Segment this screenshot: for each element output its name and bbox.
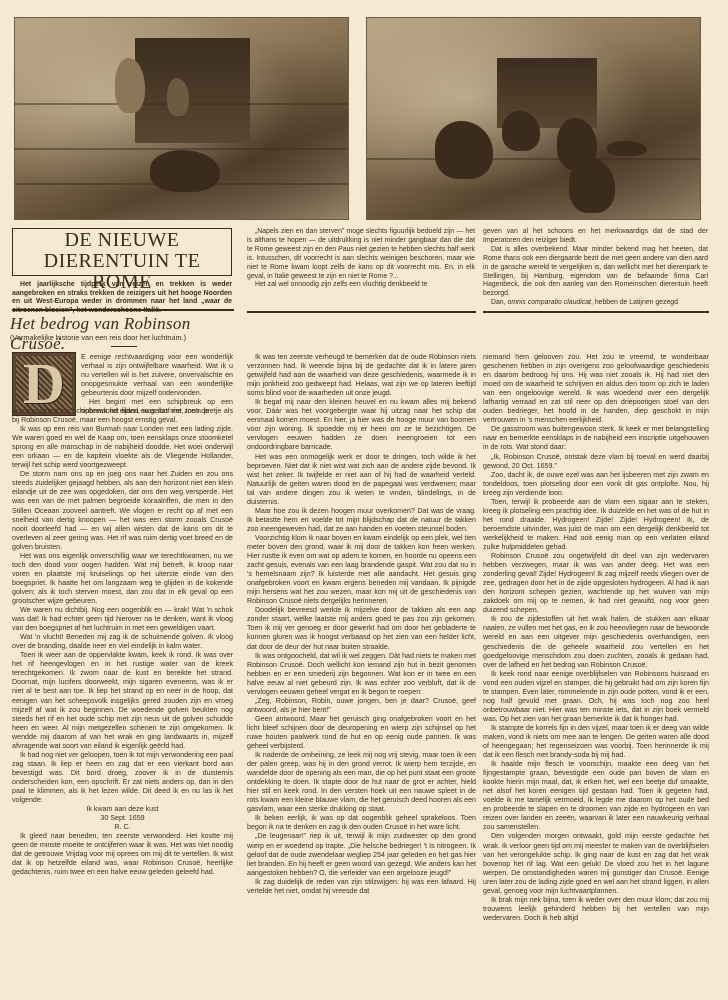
paragraph: Geen antwoord. Maar het geruisch ging on… — [247, 715, 476, 751]
paragraph: Ik zou de zijdestoffen uit het wrak hale… — [483, 615, 709, 669]
paragraph: Ik naderde de omheining, ze leek mij nog… — [247, 751, 476, 814]
paragraph: Ik keek rond naar eenige overblijfselen … — [483, 670, 709, 724]
short-divider — [111, 346, 137, 347]
story-subtitle: (Vermakelijke historie van een reis door… — [10, 333, 242, 342]
paragraph: Het was ons eigenlijk onverschillig waar… — [12, 552, 233, 606]
bear-figure — [569, 158, 615, 213]
lions-photo — [14, 17, 349, 220]
paragraph: Ik was op een reis van Burmah naar Londe… — [12, 425, 233, 470]
section-divider — [247, 311, 476, 313]
paragraph: De storm nam ons op en joeg ons naar het… — [12, 470, 233, 551]
paragraph: Ik begaf mij naar den kleinen heuvel en … — [247, 398, 476, 452]
sign-inscription: Ik kwam aan deze kust — [12, 805, 233, 814]
paragraph: Het zal wel onnoodig zijn zelfs een vluc… — [247, 281, 475, 290]
article-title-line1: DE NIEUWE — [13, 230, 231, 251]
paragraph: Toen ik weer aan de oppervlakte kwam, ke… — [12, 651, 233, 751]
bears-photo — [366, 17, 701, 220]
paragraph: Voorzichtig klom ik naar boven en kwam e… — [247, 534, 476, 606]
section-divider — [12, 309, 234, 311]
paragraph: Doodelijk bevreesd werkte ik mijzelve do… — [247, 606, 476, 651]
article1-right-column: geven van al het schoons en het merkwaar… — [483, 228, 708, 308]
paragraph: Zoo, dacht ik, de ouwe ezel was aan het … — [483, 471, 709, 498]
paragraph: Robinson Crusoë zou ongetwijfeld dit dee… — [483, 552, 709, 615]
paragraph: E eenige rechtvaardiging voor een wonder… — [81, 353, 233, 398]
paragraph: Voorzienigheid mij schipbreuk liet lijde… — [12, 407, 233, 425]
article1-middle-column: „Napels zien en dan sterven” moge slecht… — [247, 228, 475, 290]
sign-initials: R. C. — [12, 823, 233, 832]
paragraph: niemand hem gelooven zou. Het zou te vre… — [483, 353, 709, 425]
paragraph: Ik had nog niet ver geloopen, toen ik to… — [12, 751, 233, 805]
paragraph: geven van al het schoons en het merkwaar… — [483, 228, 708, 246]
paragraph: Wat 'n vlucht! Beneden mij zag ik de sch… — [12, 633, 233, 651]
text: , hebben de Latijnen gezegd — [591, 299, 678, 306]
paragraph: Ik haalde mijn flesch te voorschijn, maa… — [483, 760, 709, 832]
paragraph: Dan, omnis comparatio claudicat, hebben … — [483, 299, 708, 308]
paragraph: Den volgenden morgen ontwaakt, gold mijn… — [483, 832, 709, 895]
bear-figure — [435, 121, 493, 179]
drop-cap-letter: D — [16, 356, 72, 412]
story-column-1: Voorzienigheid mij schipbreuk liet lijde… — [12, 407, 233, 877]
paragraph: Maar hoe zou ik dezen hoogen muur overko… — [247, 507, 476, 534]
story-column-3: niemand hem gelooven zou. Het zou te vre… — [483, 353, 709, 923]
story-column-2: Ik was ten zeerste verheugd te bemerken … — [247, 353, 476, 896]
paragraph: Ik was ontgoocheld, dat wil ik wel zegge… — [247, 652, 476, 697]
paragraph: Ik brak mijn nek bijna, toen ik weder ov… — [483, 896, 709, 923]
latin-phrase: omnis comparatio claudicat — [507, 299, 591, 306]
bear-figure — [607, 141, 647, 156]
paragraph: Ik was ten zeerste verheugd te bemerken … — [247, 353, 476, 398]
paragraph: Toen, terwijl ik probeerde aan de vlam e… — [483, 498, 709, 552]
cave-opening — [135, 38, 250, 143]
paragraph: „Zeg, Robinson, Robin, ouwe jongen, ben … — [247, 697, 476, 715]
sign-date: 30 Sept. 1659 — [12, 814, 233, 823]
bear-figure — [502, 111, 540, 151]
paragraph: Ik zag duidelijk de reden van zijn stilz… — [247, 878, 476, 896]
text: Dan, — [491, 299, 507, 306]
paragraph: Ik beken eerlijk, ik was op dat oogenbli… — [247, 814, 476, 832]
paragraph: De gasstroom was buitengewoon sterk. Ik … — [483, 425, 709, 452]
paragraph: Ik gleed naar beneden, ten zeerste verwo… — [12, 832, 233, 877]
paragraph: „Ik, Robinson Crusoë, ontstak deze vlam … — [483, 453, 709, 471]
lion-figure — [150, 150, 220, 192]
paragraph: Ik stampte de korrels fijn in den vijzel… — [483, 724, 709, 760]
paragraph: Dat is alles overbekend. Maar minder bek… — [483, 246, 708, 299]
article-title-box: DE NIEUWE DIERENTUIN TE ROME — [12, 228, 232, 276]
section-divider — [483, 311, 709, 313]
rock-ledge — [367, 158, 700, 160]
paragraph: „De leugenaar!” riep ik uit, terwijl ik … — [247, 832, 476, 877]
paragraph: Het was een onmogelijk werk er door te d… — [247, 453, 476, 507]
lion-figure — [167, 78, 189, 116]
paragraph: We waren nu dichtbij. Nog een oogenblik … — [12, 606, 233, 633]
paragraph: „Napels zien en dan sterven” moge slecht… — [247, 228, 475, 281]
